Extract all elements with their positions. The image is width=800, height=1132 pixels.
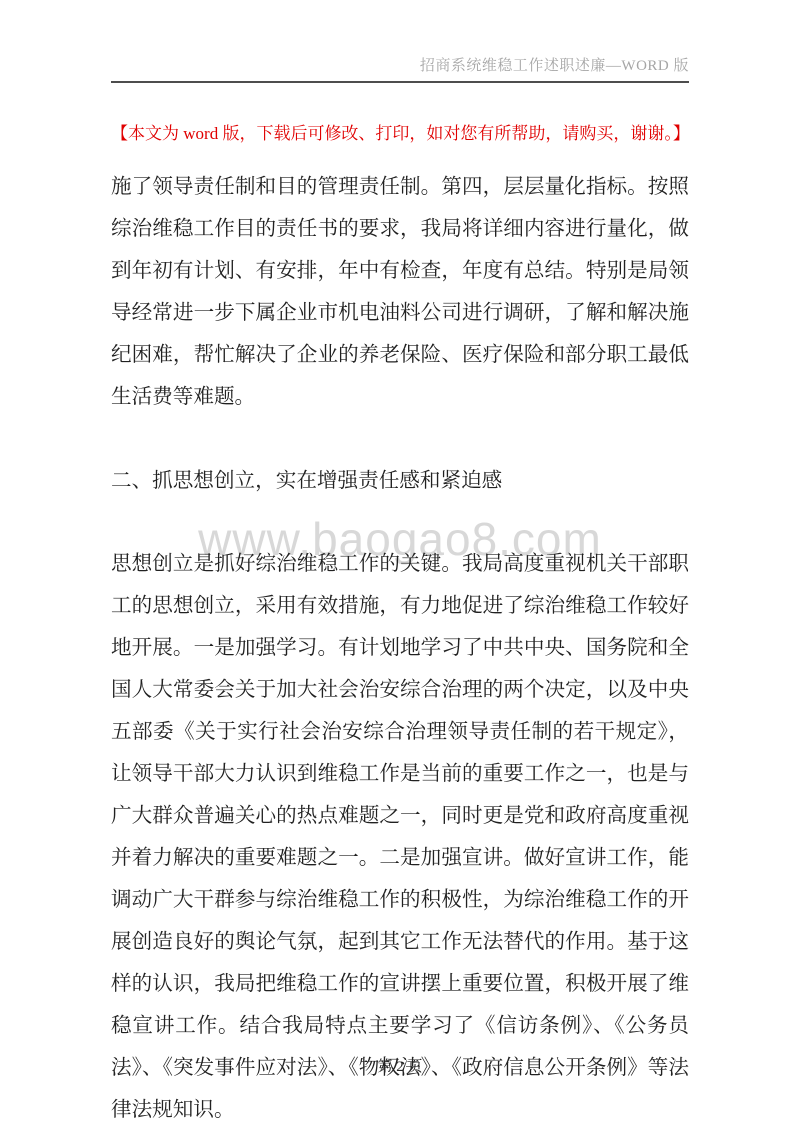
header-title: 招商系统维稳工作述职述廉—WORD 版 — [420, 58, 689, 74]
notice-banner: 【本文为 word 版，下载后可修改、打印，如对您有所帮助，请购买，谢谢。】 — [111, 123, 689, 144]
body-paragraph-1: 施了领导责任制和目的管理责任制。第四，层层量化指标。按照综治维稳工作目的责任书的… — [111, 166, 689, 418]
page-footer: 第 2 页 — [0, 1055, 800, 1076]
page-number: 第 2 页 — [377, 1059, 422, 1075]
document-page: www.baogao8.com 招商系统维稳工作述职述廉—WORD 版 【本文为… — [0, 0, 800, 1132]
page-header: 招商系统维稳工作述职述廉—WORD 版 — [111, 0, 689, 83]
section-heading: 二、抓思想创立，实在增强责任感和紧迫感 — [111, 460, 689, 502]
body-paragraph-2: 思想创立是抓好综治维稳工作的关键。我局高度重视机关干部职工的思想创立，采用有效措… — [111, 543, 689, 1131]
page-content: 招商系统维稳工作述职述廉—WORD 版 【本文为 word 版，下载后可修改、打… — [111, 0, 689, 1131]
